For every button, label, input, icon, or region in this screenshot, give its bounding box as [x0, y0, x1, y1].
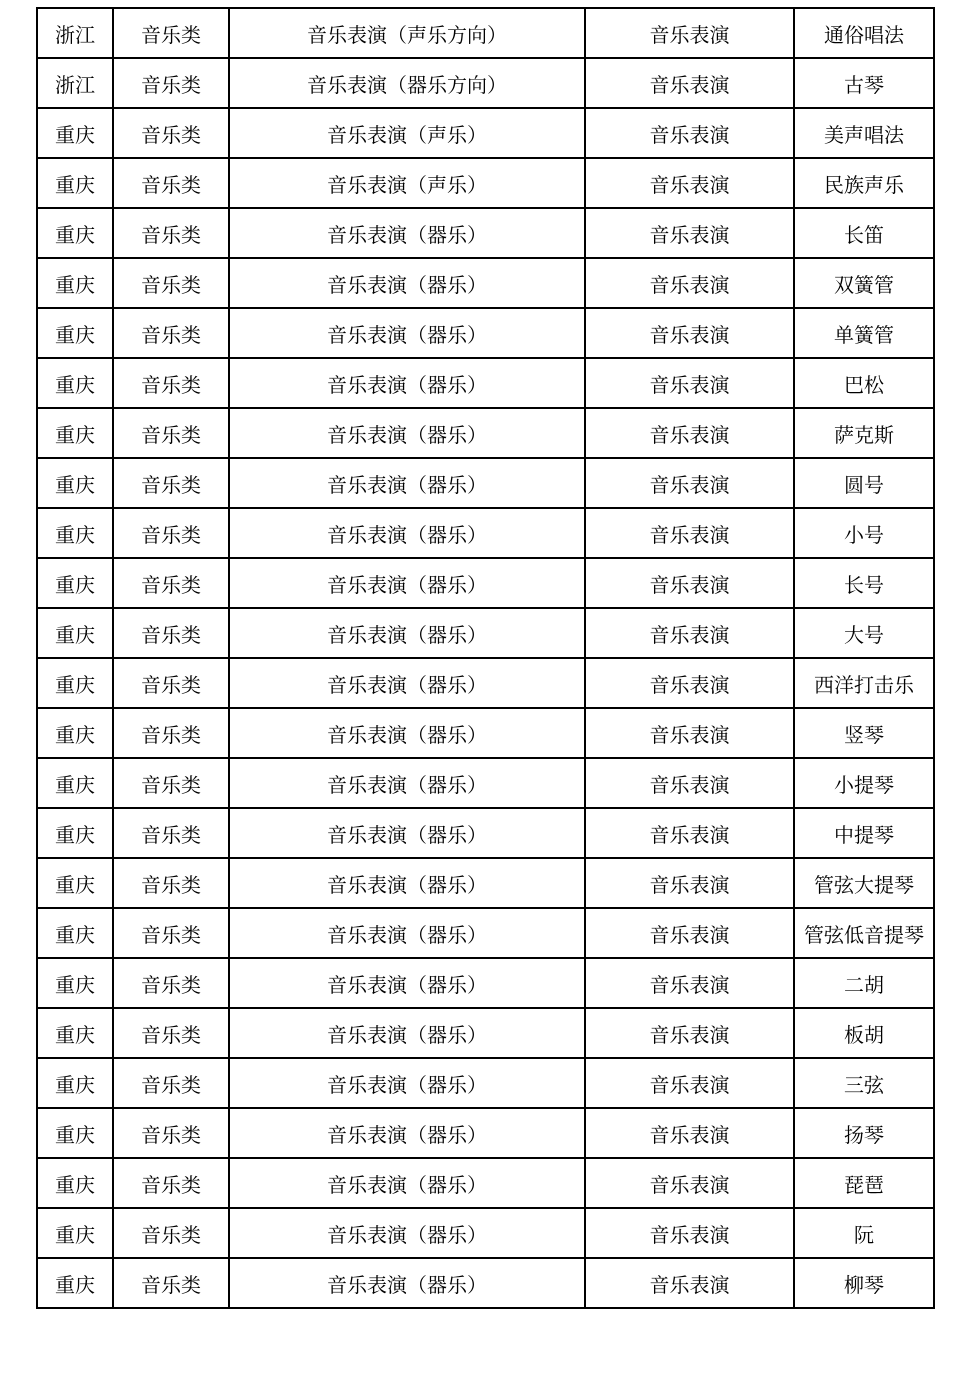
- province-cell: 重庆: [37, 1258, 113, 1308]
- major-cell: 音乐表演: [585, 108, 794, 158]
- music-major-table: 浙江音乐类音乐表演（声乐方向）音乐表演通俗唱法浙江音乐类音乐表演（器乐方向）音乐…: [36, 7, 935, 1309]
- table-row: 重庆音乐类音乐表演（器乐）音乐表演单簧管: [37, 308, 934, 358]
- table-row: 重庆音乐类音乐表演（器乐）音乐表演管弦大提琴: [37, 858, 934, 908]
- exam-category-cell: 音乐表演（器乐）: [229, 608, 585, 658]
- table-row: 重庆音乐类音乐表演（器乐）音乐表演西洋打击乐: [37, 658, 934, 708]
- major-cell: 音乐表演: [585, 458, 794, 508]
- direction-cell: 通俗唱法: [794, 8, 934, 58]
- province-cell: 重庆: [37, 408, 113, 458]
- category-cell: 音乐类: [113, 808, 229, 858]
- province-cell: 重庆: [37, 1058, 113, 1108]
- exam-category-cell: 音乐表演（器乐）: [229, 558, 585, 608]
- table-row: 重庆音乐类音乐表演（器乐）音乐表演管弦低音提琴: [37, 908, 934, 958]
- table-row: 浙江音乐类音乐表演（声乐方向）音乐表演通俗唱法: [37, 8, 934, 58]
- table-row: 重庆音乐类音乐表演（器乐）音乐表演小号: [37, 508, 934, 558]
- table-row: 重庆音乐类音乐表演（器乐）音乐表演柳琴: [37, 1258, 934, 1308]
- category-cell: 音乐类: [113, 308, 229, 358]
- table-row: 重庆音乐类音乐表演（器乐）音乐表演长笛: [37, 208, 934, 258]
- exam-category-cell: 音乐表演（器乐）: [229, 1258, 585, 1308]
- exam-category-cell: 音乐表演（器乐）: [229, 408, 585, 458]
- category-cell: 音乐类: [113, 1008, 229, 1058]
- category-cell: 音乐类: [113, 858, 229, 908]
- category-cell: 音乐类: [113, 1108, 229, 1158]
- province-cell: 重庆: [37, 708, 113, 758]
- major-cell: 音乐表演: [585, 1058, 794, 1108]
- exam-category-cell: 音乐表演（器乐）: [229, 658, 585, 708]
- direction-cell: 西洋打击乐: [794, 658, 934, 708]
- direction-cell: 小提琴: [794, 758, 934, 808]
- category-cell: 音乐类: [113, 658, 229, 708]
- exam-category-cell: 音乐表演（器乐）: [229, 308, 585, 358]
- major-cell: 音乐表演: [585, 358, 794, 408]
- province-cell: 重庆: [37, 158, 113, 208]
- category-cell: 音乐类: [113, 1208, 229, 1258]
- direction-cell: 美声唱法: [794, 108, 934, 158]
- major-cell: 音乐表演: [585, 808, 794, 858]
- major-cell: 音乐表演: [585, 958, 794, 1008]
- major-cell: 音乐表演: [585, 258, 794, 308]
- major-cell: 音乐表演: [585, 908, 794, 958]
- table-row: 重庆音乐类音乐表演（器乐）音乐表演大号: [37, 608, 934, 658]
- category-cell: 音乐类: [113, 908, 229, 958]
- major-cell: 音乐表演: [585, 1258, 794, 1308]
- category-cell: 音乐类: [113, 108, 229, 158]
- table-row: 重庆音乐类音乐表演（器乐）音乐表演扬琴: [37, 1108, 934, 1158]
- direction-cell: 圆号: [794, 458, 934, 508]
- direction-cell: 阮: [794, 1208, 934, 1258]
- category-cell: 音乐类: [113, 608, 229, 658]
- category-cell: 音乐类: [113, 958, 229, 1008]
- major-cell: 音乐表演: [585, 708, 794, 758]
- province-cell: 重庆: [37, 208, 113, 258]
- province-cell: 重庆: [37, 908, 113, 958]
- direction-cell: 柳琴: [794, 1258, 934, 1308]
- direction-cell: 管弦大提琴: [794, 858, 934, 908]
- category-cell: 音乐类: [113, 1058, 229, 1108]
- direction-cell: 大号: [794, 608, 934, 658]
- exam-category-cell: 音乐表演（器乐）: [229, 808, 585, 858]
- major-cell: 音乐表演: [585, 8, 794, 58]
- category-cell: 音乐类: [113, 158, 229, 208]
- major-cell: 音乐表演: [585, 158, 794, 208]
- table-row: 重庆音乐类音乐表演（器乐）音乐表演萨克斯: [37, 408, 934, 458]
- province-cell: 重庆: [37, 308, 113, 358]
- major-cell: 音乐表演: [585, 308, 794, 358]
- category-cell: 音乐类: [113, 1158, 229, 1208]
- major-cell: 音乐表演: [585, 508, 794, 558]
- category-cell: 音乐类: [113, 708, 229, 758]
- direction-cell: 二胡: [794, 958, 934, 1008]
- table-row: 重庆音乐类音乐表演（器乐）音乐表演竖琴: [37, 708, 934, 758]
- province-cell: 重庆: [37, 1208, 113, 1258]
- exam-category-cell: 音乐表演（声乐方向）: [229, 8, 585, 58]
- exam-category-cell: 音乐表演（器乐）: [229, 1008, 585, 1058]
- direction-cell: 三弦: [794, 1058, 934, 1108]
- table-row: 重庆音乐类音乐表演（器乐）音乐表演板胡: [37, 1008, 934, 1058]
- direction-cell: 竖琴: [794, 708, 934, 758]
- direction-cell: 萨克斯: [794, 408, 934, 458]
- category-cell: 音乐类: [113, 1258, 229, 1308]
- category-cell: 音乐类: [113, 8, 229, 58]
- table-row: 重庆音乐类音乐表演（声乐）音乐表演美声唱法: [37, 108, 934, 158]
- exam-category-cell: 音乐表演（器乐）: [229, 208, 585, 258]
- exam-category-cell: 音乐表演（器乐）: [229, 758, 585, 808]
- province-cell: 重庆: [37, 1008, 113, 1058]
- major-cell: 音乐表演: [585, 1208, 794, 1258]
- direction-cell: 双簧管: [794, 258, 934, 308]
- table-row: 重庆音乐类音乐表演（器乐）音乐表演二胡: [37, 958, 934, 1008]
- exam-category-cell: 音乐表演（声乐）: [229, 108, 585, 158]
- category-cell: 音乐类: [113, 358, 229, 408]
- province-cell: 重庆: [37, 558, 113, 608]
- province-cell: 重庆: [37, 1158, 113, 1208]
- category-cell: 音乐类: [113, 208, 229, 258]
- exam-category-cell: 音乐表演（器乐）: [229, 908, 585, 958]
- exam-category-cell: 音乐表演（器乐）: [229, 358, 585, 408]
- province-cell: 浙江: [37, 58, 113, 108]
- exam-category-cell: 音乐表演（器乐）: [229, 958, 585, 1008]
- table-body: 浙江音乐类音乐表演（声乐方向）音乐表演通俗唱法浙江音乐类音乐表演（器乐方向）音乐…: [37, 8, 934, 1308]
- major-cell: 音乐表演: [585, 658, 794, 708]
- direction-cell: 板胡: [794, 1008, 934, 1058]
- province-cell: 重庆: [37, 358, 113, 408]
- province-cell: 重庆: [37, 758, 113, 808]
- table-row: 重庆音乐类音乐表演（器乐）音乐表演琵琶: [37, 1158, 934, 1208]
- province-cell: 重庆: [37, 658, 113, 708]
- province-cell: 重庆: [37, 1108, 113, 1158]
- major-cell: 音乐表演: [585, 1108, 794, 1158]
- direction-cell: 扬琴: [794, 1108, 934, 1158]
- exam-category-cell: 音乐表演（器乐）: [229, 858, 585, 908]
- table-row: 重庆音乐类音乐表演（声乐）音乐表演民族声乐: [37, 158, 934, 208]
- province-cell: 重庆: [37, 858, 113, 908]
- table-row: 重庆音乐类音乐表演（器乐）音乐表演小提琴: [37, 758, 934, 808]
- direction-cell: 中提琴: [794, 808, 934, 858]
- major-cell: 音乐表演: [585, 1008, 794, 1058]
- province-cell: 重庆: [37, 808, 113, 858]
- major-cell: 音乐表演: [585, 58, 794, 108]
- direction-cell: 民族声乐: [794, 158, 934, 208]
- major-cell: 音乐表演: [585, 858, 794, 908]
- exam-category-cell: 音乐表演（器乐方向）: [229, 58, 585, 108]
- direction-cell: 长号: [794, 558, 934, 608]
- category-cell: 音乐类: [113, 408, 229, 458]
- province-cell: 浙江: [37, 8, 113, 58]
- exam-category-cell: 音乐表演（器乐）: [229, 1208, 585, 1258]
- direction-cell: 长笛: [794, 208, 934, 258]
- exam-category-cell: 音乐表演（器乐）: [229, 708, 585, 758]
- table-row: 重庆音乐类音乐表演（器乐）音乐表演巴松: [37, 358, 934, 408]
- table-row: 重庆音乐类音乐表演（器乐）音乐表演双簧管: [37, 258, 934, 308]
- exam-category-cell: 音乐表演（器乐）: [229, 258, 585, 308]
- category-cell: 音乐类: [113, 258, 229, 308]
- table-row: 重庆音乐类音乐表演（器乐）音乐表演中提琴: [37, 808, 934, 858]
- major-cell: 音乐表演: [585, 608, 794, 658]
- direction-cell: 巴松: [794, 358, 934, 408]
- major-cell: 音乐表演: [585, 558, 794, 608]
- category-cell: 音乐类: [113, 558, 229, 608]
- table-row: 浙江音乐类音乐表演（器乐方向）音乐表演古琴: [37, 58, 934, 108]
- major-cell: 音乐表演: [585, 408, 794, 458]
- province-cell: 重庆: [37, 958, 113, 1008]
- exam-category-cell: 音乐表演（器乐）: [229, 1158, 585, 1208]
- category-cell: 音乐类: [113, 58, 229, 108]
- direction-cell: 小号: [794, 508, 934, 558]
- table-row: 重庆音乐类音乐表演（器乐）音乐表演阮: [37, 1208, 934, 1258]
- exam-category-cell: 音乐表演（器乐）: [229, 458, 585, 508]
- exam-category-cell: 音乐表演（器乐）: [229, 508, 585, 558]
- category-cell: 音乐类: [113, 458, 229, 508]
- direction-cell: 古琴: [794, 58, 934, 108]
- exam-category-cell: 音乐表演（器乐）: [229, 1108, 585, 1158]
- direction-cell: 琵琶: [794, 1158, 934, 1208]
- category-cell: 音乐类: [113, 508, 229, 558]
- province-cell: 重庆: [37, 508, 113, 558]
- major-cell: 音乐表演: [585, 1158, 794, 1208]
- exam-category-cell: 音乐表演（声乐）: [229, 158, 585, 208]
- province-cell: 重庆: [37, 458, 113, 508]
- province-cell: 重庆: [37, 108, 113, 158]
- direction-cell: 管弦低音提琴: [794, 908, 934, 958]
- table-row: 重庆音乐类音乐表演（器乐）音乐表演长号: [37, 558, 934, 608]
- table-row: 重庆音乐类音乐表演（器乐）音乐表演三弦: [37, 1058, 934, 1108]
- province-cell: 重庆: [37, 258, 113, 308]
- province-cell: 重庆: [37, 608, 113, 658]
- major-cell: 音乐表演: [585, 208, 794, 258]
- direction-cell: 单簧管: [794, 308, 934, 358]
- table-row: 重庆音乐类音乐表演（器乐）音乐表演圆号: [37, 458, 934, 508]
- major-cell: 音乐表演: [585, 758, 794, 808]
- category-cell: 音乐类: [113, 758, 229, 808]
- exam-category-cell: 音乐表演（器乐）: [229, 1058, 585, 1108]
